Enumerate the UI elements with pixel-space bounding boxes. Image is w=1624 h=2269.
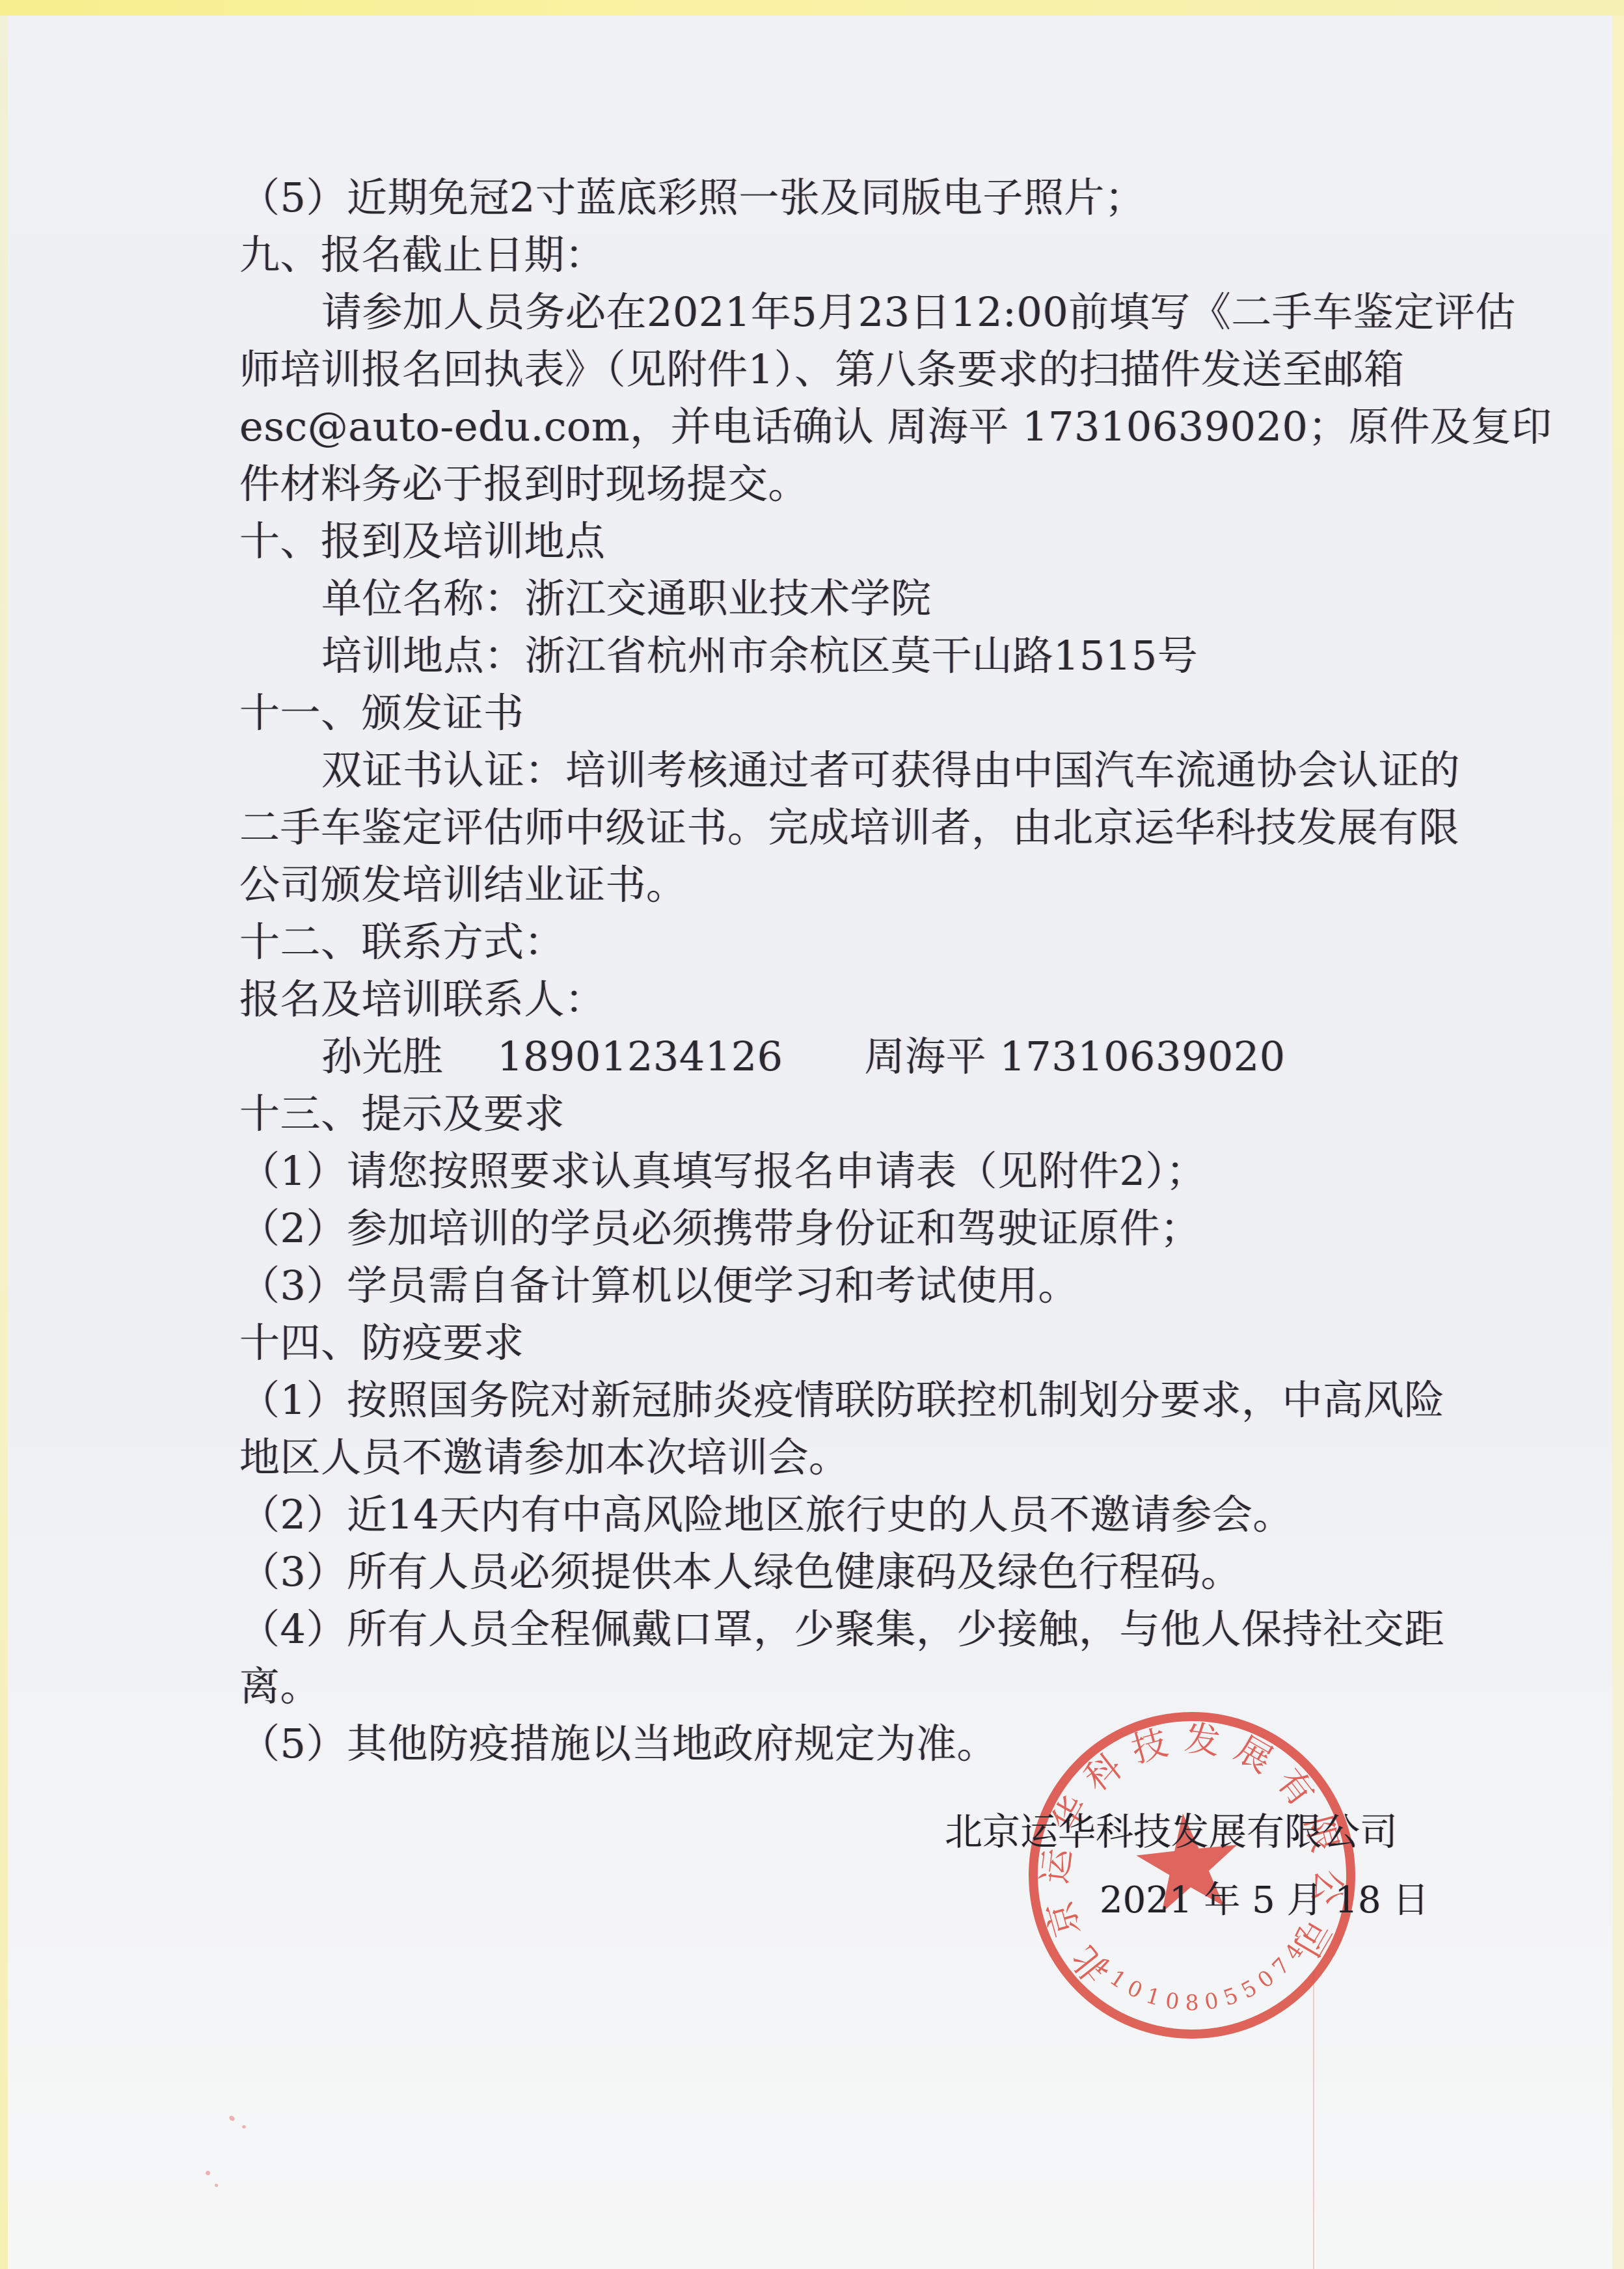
signature-company: 北京运华科技发展有限公司 [945,1801,1398,1856]
ink-speck [228,2115,236,2122]
scan-edge-top [0,0,1624,16]
text-line: 十三、提示及要求 [239,1085,1411,1143]
ink-speck [215,2184,218,2187]
text-line: 孙光胜 18901234126 周海平 17310639020 [239,1028,1411,1085]
text-line: 单位名称：浙江交通职业技术学院 [239,570,1411,627]
ink-speck [206,2171,210,2175]
text-line: 十二、联系方式： [239,914,1411,971]
text-line: 报名及培训联系人： [239,971,1411,1028]
text-line: 十四、防疫要求 [239,1314,1411,1372]
text-line: 九、报名截止日期： [239,226,1411,284]
text-line: 二手车鉴定评估师中级证书。完成培训者，由北京运华科技发展有限 [239,799,1411,856]
text-line: 件材料务必于报到时现场提交。 [239,455,1411,513]
text-line: 十、报到及培训地点 [239,513,1411,570]
text-line: （3）学员需自备计算机以便学习和考试使用。 [239,1257,1411,1314]
text-line: 公司颁发培训结业证书。 [239,856,1411,914]
scan-edge-right [1612,16,1624,2269]
text-line: （5）近期免冠2寸蓝底彩照一张及同版电子照片； [239,169,1411,226]
text-line: 师培训报名回执表》（见附件1）、第八条要求的扫描件发送至邮箱 [239,341,1411,398]
text-line: 培训地点：浙江省杭州市余杭区莫干山路1515号 [239,627,1411,685]
ink-speck [242,2125,246,2128]
document-text-block: （5）近期免冠2寸蓝底彩照一张及同版电子照片； 九、报名截止日期： 请参加人员务… [239,169,1411,1773]
text-line: 双证书认证：培训考核通过者可获得由中国汽车流通协会认证的 [239,742,1411,799]
text-line: （2）近14天内有中高风险地区旅行史的人员不邀请参会。 [239,1486,1411,1543]
svg-text:1101080550747: 1101080550747 [1086,1914,1330,2026]
text-line: 地区人员不邀请参加本次培训会。 [239,1429,1411,1486]
stamp-number: 1101080550747 [1086,1914,1330,2026]
text-line: （1）请您按照要求认真填写报名申请表（见附件2）； [239,1143,1411,1200]
text-line: esc@auto-edu.com，并电话确认 周海平 17310639020；原… [239,398,1411,455]
text-line: （4）所有人员全程佩戴口罩，少聚集，少接触，与他人保持社交距 [239,1601,1411,1658]
scan-edge-left [0,16,8,2269]
signature-date: 2021 年 5 月 18 日 [1100,1871,1429,1923]
scanned-document-page: { "document": { "lines": [ "（5）近期免冠2寸蓝底彩… [0,0,1624,2269]
text-line: （2）参加培训的学员必须携带身份证和驾驶证原件； [239,1200,1411,1257]
text-line: （1）按照国务院对新冠肺炎疫情联防联控机制划分要求，中高风险 [239,1372,1411,1429]
text-line: 请参加人员务必在2021年5月23日12:00前填写《二手车鉴定评估 [239,284,1411,341]
text-line: （3）所有人员必须提供本人绿色健康码及绿色行程码。 [239,1543,1411,1601]
text-line: 十一、颁发证书 [239,685,1411,742]
